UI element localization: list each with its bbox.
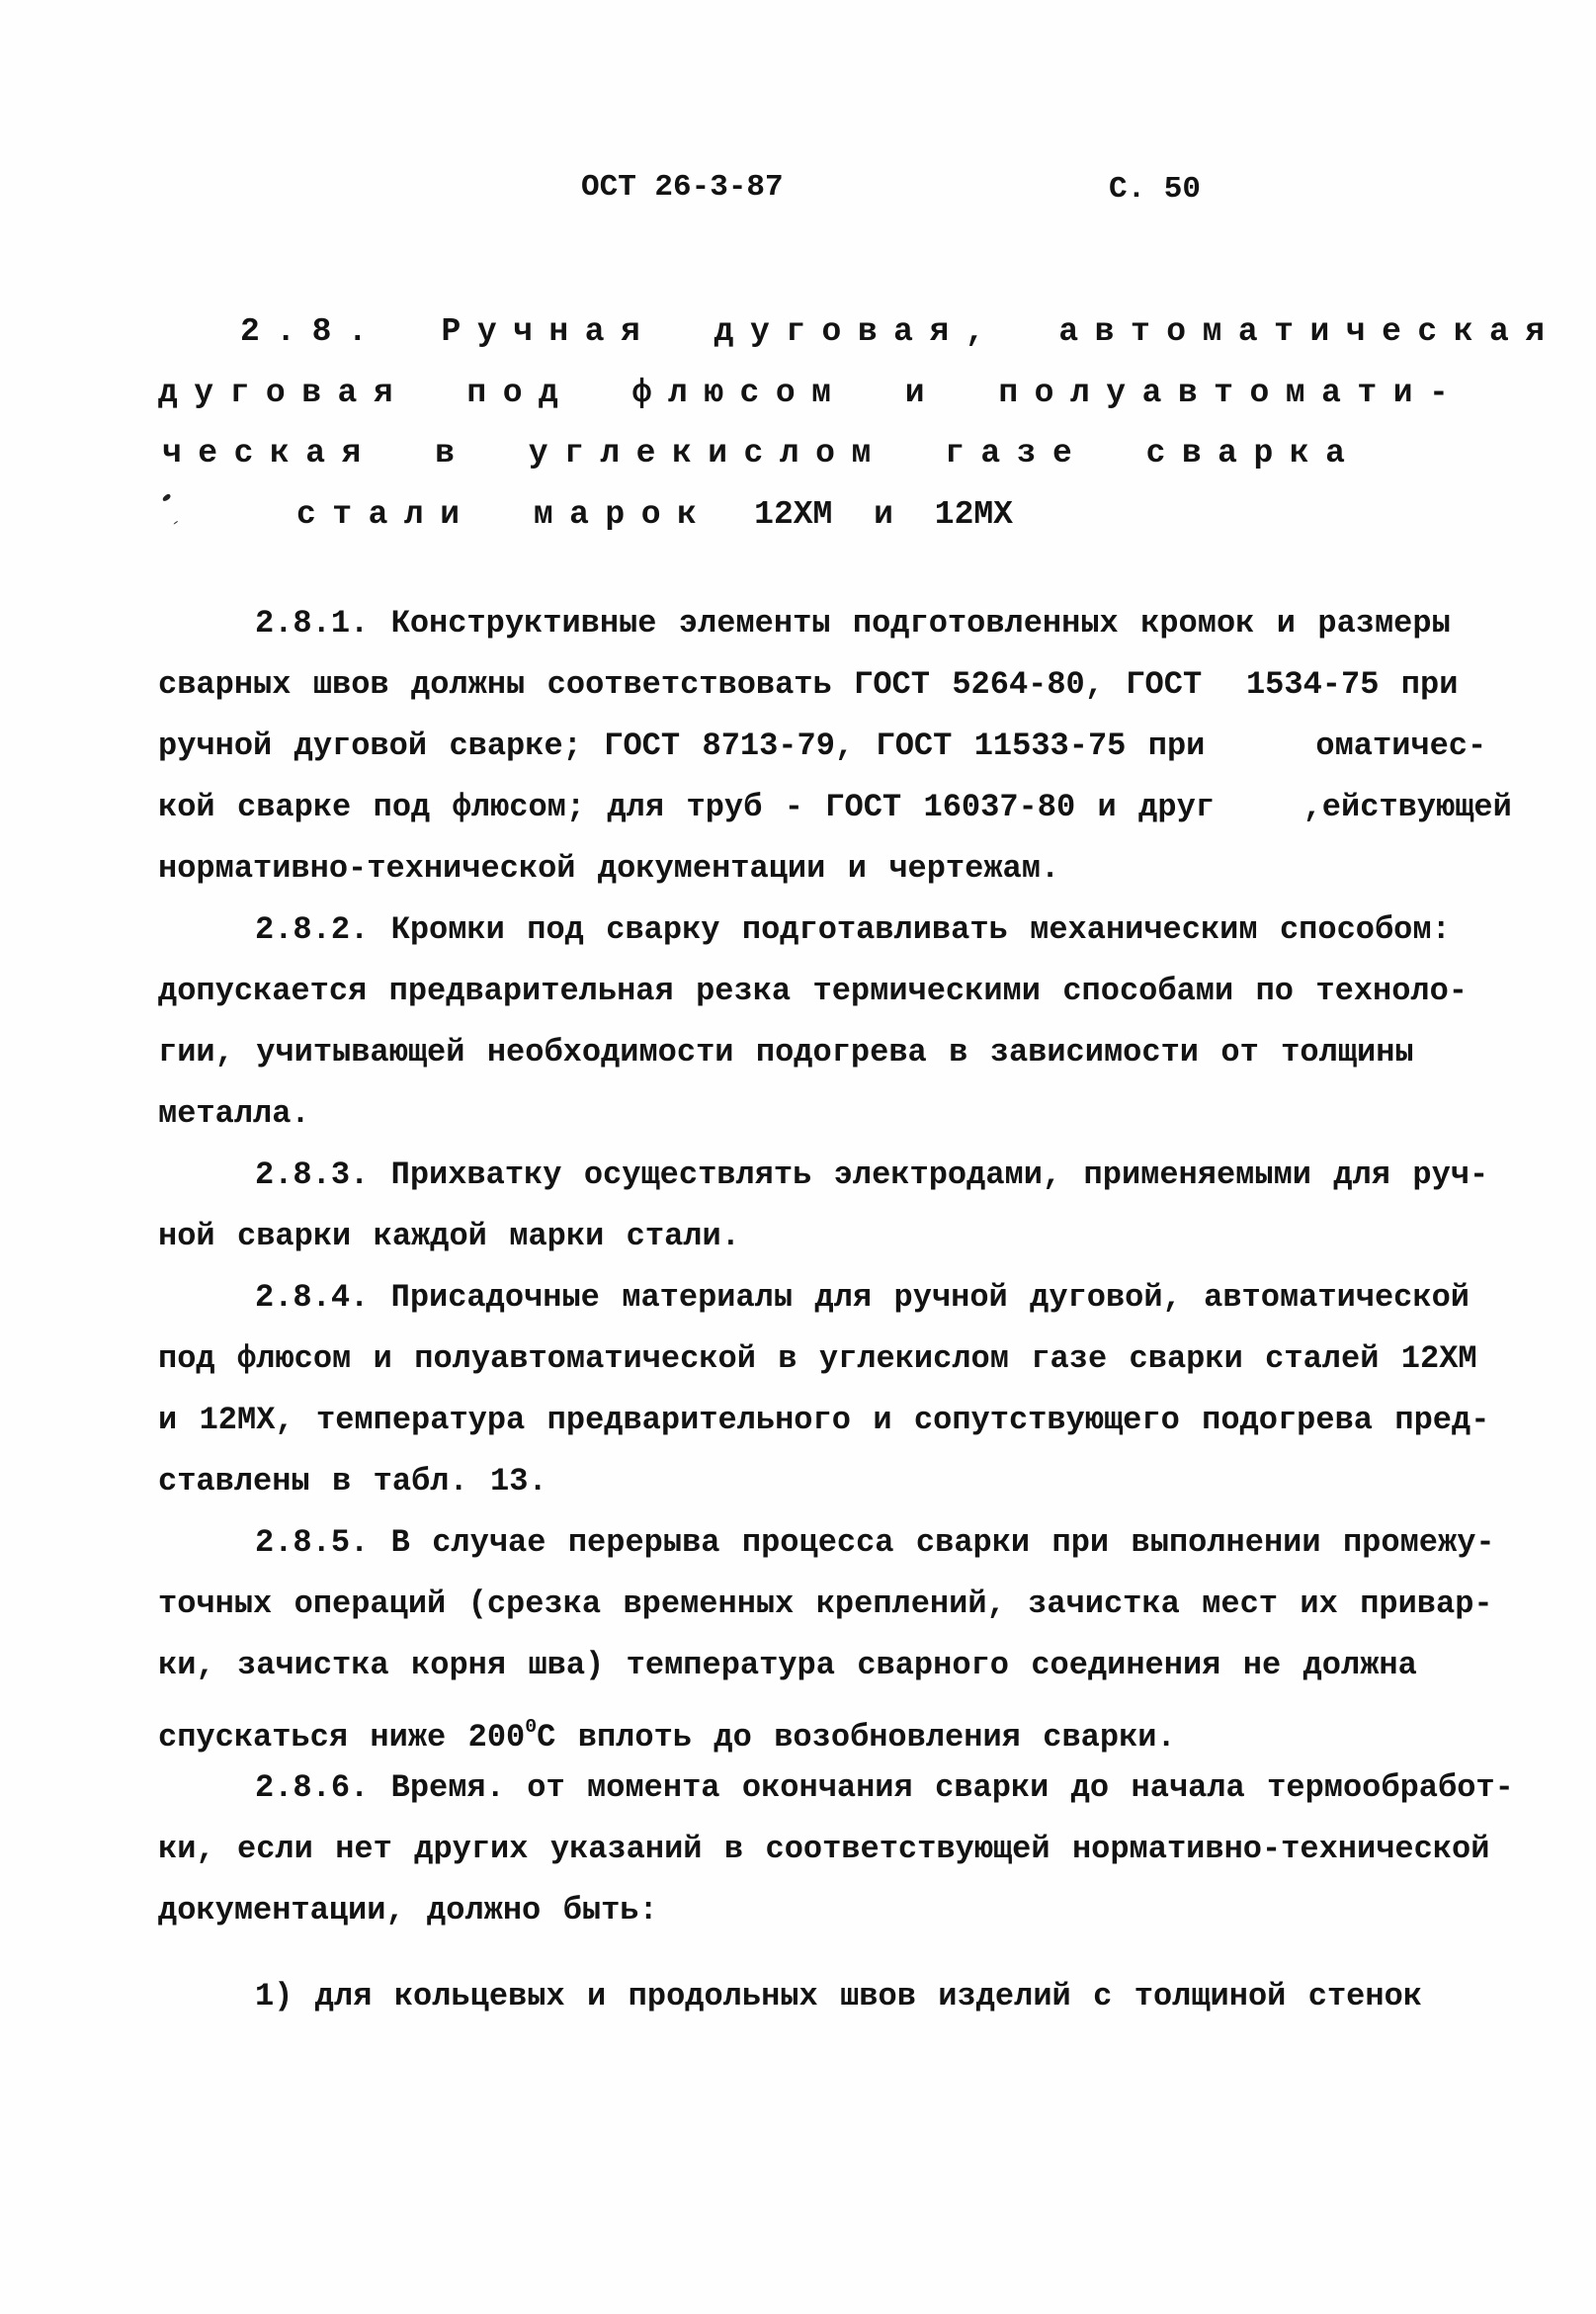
p284-line-2: под флюсом и полуавтоматической в углеки… (158, 1328, 1500, 1390)
p285-line-3: ки, зачистка корня шва) температура свар… (158, 1635, 1500, 1696)
scanned-document-page: ОСТ 26-3-87 С. 50 2.8. Ручная дуговая, а… (0, 0, 1596, 2314)
p284-line-1: 2.8.4. Присадочные материалы для ручной … (158, 1267, 1500, 1328)
section-title-line-4: стали марок 12ХМ и 12МХ (296, 484, 1542, 546)
p285-line-1: 2.8.5. В случае перерыва процесса сварки… (158, 1512, 1500, 1574)
running-header: ОСТ 26-3-87 С. 50 (0, 170, 1596, 210)
p281-line-1: 2.8.1. Конструктивные элементы подготовл… (158, 593, 1500, 654)
degree-superscript: 0 (525, 1715, 537, 1738)
p286-line-3: документации, должно быть: (158, 1880, 1500, 1941)
p282-line-1: 2.8.2. Кромки под сварку подготавливать … (158, 900, 1500, 961)
paragraph-gap (158, 1941, 1500, 1966)
temperature-text: спускаться ниже 200 (158, 1719, 525, 1756)
title-steel-grades-plain: 12ХМ и 12МХ (713, 496, 1013, 533)
section-title-line-2: дуговая под флюсом и полуавтомати- (158, 363, 1542, 424)
p281-line-3: ручной дуговой сварке; ГОСТ 8713-79, ГОС… (158, 716, 1500, 777)
p282-line-2: допускается предварительная резка термич… (158, 961, 1500, 1022)
p283-line-2: ной сварки каждой марки стали. (158, 1206, 1500, 1267)
p281-line-2: сварных швов должны соответствовать ГОСТ… (158, 654, 1500, 716)
p286-line-2: ки, если нет других указаний в соответст… (158, 1819, 1500, 1880)
p284-line-3: и 12МХ, температура предварительного и с… (158, 1390, 1500, 1451)
p283-line-1: 2.8.3. Прихватку осуществлять электродам… (158, 1145, 1500, 1206)
p284-line-4: ставлены в табл. 13. (158, 1451, 1500, 1512)
temperature-text-rest: С вплоть до возобновления сварки. (537, 1719, 1176, 1756)
p282-line-4: металла. (158, 1083, 1500, 1145)
section-title-line-1: 2.8. Ручная дуговая, автоматическая (240, 301, 1542, 363)
ink-smudge (150, 491, 176, 527)
document-body: 2.8.1. Конструктивные элементы подготовл… (158, 593, 1500, 2027)
section-title-line-3: ческая в углекислом газе сварка (162, 423, 1542, 484)
standard-number: ОСТ 26-3-87 (581, 170, 784, 205)
title-steel-grades-spaced: стали марок (296, 496, 713, 533)
list-item-1-line-1: 1) для кольцевых и продольных швов издел… (158, 1966, 1500, 2027)
p281-line-4: кой сварке под флюсом; для труб - ГОСТ 1… (158, 777, 1500, 838)
p285-line-4: спускаться ниже 2000С вплоть до возобнов… (158, 1696, 1500, 1757)
p281-line-5: нормативно-технической документации и че… (158, 838, 1500, 900)
page-number: С. 50 (1109, 172, 1201, 207)
p282-line-3: гии, учитывающей необходимости подогрева… (158, 1022, 1500, 1083)
p286-line-1: 2.8.6. Время. от момента окончания сварк… (158, 1757, 1500, 1819)
p285-line-2: точных операций (срезка временных крепле… (158, 1574, 1500, 1635)
section-title: 2.8. Ручная дуговая, автоматическая дуго… (158, 301, 1542, 545)
